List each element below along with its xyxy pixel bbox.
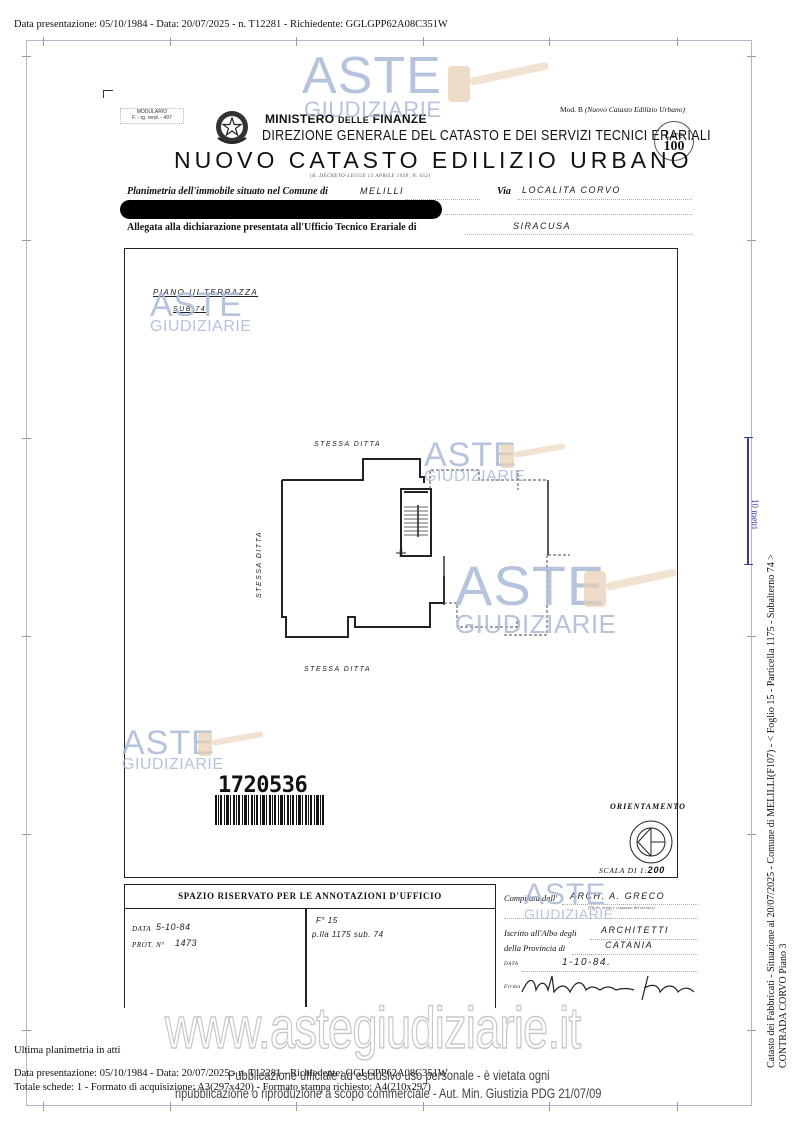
modulario-box: MODULARIO F. - rg. rend. - 497 (120, 108, 184, 124)
frame-tick (747, 240, 756, 241)
scale-bar-end (744, 437, 753, 438)
frame-tick (296, 37, 297, 46)
annotation-prot-label: PROT. N° (132, 941, 165, 949)
neighbor-left-label: STESSA DITTA (256, 531, 263, 598)
frame-tick (747, 56, 756, 57)
sub-label: SUB 74 (173, 306, 206, 313)
scale-bar (747, 437, 749, 565)
publication-note-line1: Pubblicazione ufficiale ad esclusivo uso… (228, 1068, 550, 1083)
print-header: Data presentazione: 05/10/1984 - Data: 2… (14, 19, 448, 30)
side-info: Catasto dei Fabbricati - Situazione al 2… (766, 554, 790, 1068)
compiled-value: ARCH. A. GRECO (570, 891, 665, 901)
neighbor-bottom-label: STESSA DITTA (304, 666, 371, 673)
ministry-name: MINISTERO DELLE FINANZE (265, 112, 427, 126)
model-label: Mod. B (Nuovo Catasto Edilizio Urbano) (560, 105, 685, 114)
floor-plan-drawing (270, 455, 570, 655)
dotted-line (465, 233, 692, 235)
frame-tick (22, 56, 31, 57)
compiler-date-label: DATA (504, 962, 518, 967)
frame-tick (22, 1030, 31, 1031)
frame-tick (170, 37, 171, 46)
scale-bar-end (744, 564, 753, 565)
frame-tick (22, 636, 31, 637)
frame-tick (43, 37, 44, 46)
office-annotations-header: SPAZIO RISERVATO PER LE ANNOTAZIONI D'UF… (124, 884, 496, 909)
dotted-line (572, 953, 698, 955)
attached-label: Allegata alla dichiarazione presentata a… (127, 222, 417, 233)
compiled-note: (Titolo, nome e cognome del tecnico) (588, 905, 655, 910)
barcode-icon (215, 795, 325, 825)
provincia-value: CATANIA (605, 940, 653, 950)
albo-value: ARCHITETTI (601, 925, 669, 935)
gavel-watermark-icon (498, 440, 568, 474)
via-label: Via (497, 186, 511, 197)
frame-tick (423, 1102, 424, 1111)
decree-reference: (R. DECRETO-LEGGE 13 APRILE 1939, N. 652… (310, 174, 431, 179)
frame-tick (170, 1102, 171, 1111)
annotation-prot-value: 1473 (175, 938, 197, 948)
compass-icon (627, 818, 675, 866)
frame-tick (677, 37, 678, 46)
orientation-label: ORIENTAMENTO (610, 802, 686, 811)
planimetry-label: Planimetria dell'immobile situato nel Co… (127, 186, 328, 197)
dotted-line (504, 917, 698, 919)
frame-tick (22, 834, 31, 835)
albo-label: Iscritto all'Albo degli (504, 928, 577, 938)
comune-value: MELILLI (360, 186, 404, 196)
compiled-label: Compilata dall' (504, 893, 557, 903)
compiler-date-value: 1-10-84. (562, 957, 611, 968)
neighbor-top-label: STESSA DITTA (314, 441, 381, 448)
frame-tick (549, 37, 550, 46)
frame-tick (22, 438, 31, 439)
gavel-watermark-icon (580, 565, 680, 615)
redacted-field (120, 200, 442, 219)
url-watermark: www.astegiudiziarie.it (165, 995, 580, 1062)
direction-title: DIREZIONE GENERALE DEL CATASTO E DEI SER… (262, 128, 711, 144)
frame-tick (677, 1102, 678, 1111)
annotation-foglio: F° 15 (316, 916, 338, 925)
signature-label: Firma (504, 984, 521, 990)
frame-tick (22, 240, 31, 241)
side-info-line2: CONTRADA CORVO Piano 3 (778, 554, 790, 1068)
corner-registration-mark (103, 90, 113, 98)
publication-note-line2: ripubblicazione o riproduzione a scopo c… (175, 1086, 601, 1101)
last-planimetry-note: Ultima planimetria in atti (14, 1045, 120, 1056)
frame-tick (747, 834, 756, 835)
side-info-line1: Catasto dei Fabbricati - Situazione al 2… (766, 554, 778, 1068)
frame-tick (296, 1102, 297, 1111)
scale-bar-label: 10 metri (750, 499, 760, 529)
frame-tick (423, 37, 424, 46)
modulario-line2: F. - rg. rend. - 497 (121, 115, 183, 121)
frame-tick (549, 1102, 550, 1111)
gavel-watermark-icon (196, 728, 266, 762)
ufficio-value: SIRACUSA (513, 221, 571, 231)
scale-label: SCALA DI 1:200 (599, 865, 665, 875)
republic-emblem-icon (214, 108, 250, 146)
annotation-date-label: DATA (132, 925, 151, 933)
annotations-divider (305, 909, 307, 1007)
provincia-label: della Provincia di (504, 943, 565, 953)
frame-tick (43, 1102, 44, 1111)
floor-label: PIANO III TERRAZZA (153, 288, 258, 297)
gavel-watermark-icon (444, 60, 554, 110)
frame-tick (747, 1030, 756, 1031)
frame-tick (747, 636, 756, 637)
dotted-line (517, 198, 692, 200)
annotation-date-value: 5-10-84 (156, 922, 191, 932)
document-title: NUOVO CATASTO EDILIZIO URBANO (174, 147, 693, 174)
annotation-particella: p.lla 1175 sub. 74 (312, 930, 384, 939)
via-value: LOCALITA CORVO (522, 185, 621, 195)
dotted-line (445, 213, 692, 215)
